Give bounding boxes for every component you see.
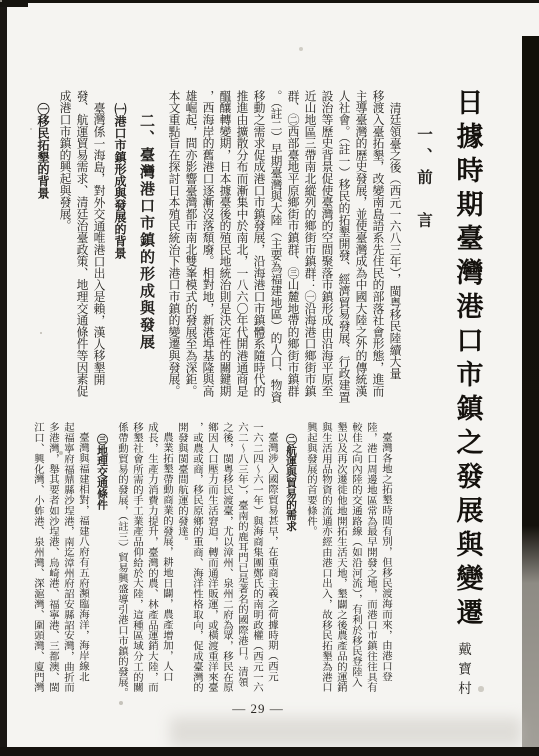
scanned-page: 一、前 言清廷領臺之後（西元一六八三年），閩粤移民陸續大量移渡入臺拓墾，改變南島… [0,0,539,756]
text-column: 近山地區三帶南北縱列的鄉街市鎮群：㊀沿海港口鄉街市鎮 [301,90,318,412]
text-column: 移墾社會所需的手工業產品仰給於大陸，這種區域分工的關 [129,422,144,704]
page-number: — 29 — [232,701,284,717]
text-column: 多港灣，舉其要者如沙埕港、烏崎港、福寧港、三都澳、閩 [45,422,60,704]
text-column: ，西海岸的舊港口逐漸沒落頹廢。相對地，新港埠基隆與高 [199,90,216,412]
text-column: 陸，港口周邊地區常為最早開發之地，而港口市鎮往往具有 [363,422,378,704]
section-heading: 二、臺灣港口市鎮的形成與發展 [135,90,157,412]
text-column: 設治等歷史背景促使臺灣的空間聚落市鎮形成由沿海平原至 [318,90,335,412]
preface-register: 一、前 言清廷領臺之後（西元一六八三年），閩粤移民陸續大量移渡入臺拓墾，改變南島… [30,90,435,412]
text-column: 一六二四～六一年）與海商集團鄭氏的南明政權（西元一六 [249,422,264,704]
text-column: 移動之需求促成港口市鎮發展，沿海港口市鎮體系隨時代的 [250,90,267,412]
text-column: 江口、興化灣、小蚱港、泉州灣、深滬灣、圍頭灣、廈門灣 [30,422,45,704]
text-column: 興起與發展的首要條件。 [303,422,318,704]
scan-noise [0,0,2,2]
text-column: 臺灣與福建相對，福建八府有五府瀕臨海洋，海岸線北 [75,422,90,704]
text-column: 鄉因人口壓力而生活窘迫，轉而通洋販運，或橫渡重洋來臺 [204,422,219,704]
text-column: 起福寧府福鼎縣沙埕港，南迄漳州府詔安縣詔安灣，曲折而 [60,422,75,704]
text-column: 較佳之向內陸的交通路線（如沿河流），有利於移民登陸入 [348,422,363,704]
scan-border-corner [0,0,28,7]
text-column: 之後，閩粤移民渡臺，尤以漳州、泉州二府為眾，移民在原 [219,422,234,704]
subsection-heading: ㊂地理交通條件 [94,422,110,704]
text-column: 墾以及再次遷徙他地開拓生活天地，墾闢之後農產品的運銷 [333,422,348,704]
text-column: 醞釀轉變期，日本據臺後的殖民地統治則是決定性的關鍵期 [216,90,233,412]
text-column: 六二～八三年），臺南的鹿耳門已是著名的國際港口。清領 [234,422,249,704]
scan-border-right [522,36,539,756]
text-column: 群、㊁西部臺地平原鄉街市鎮群、㊂山麓地帶的鄉街市鎮群 [284,90,301,412]
text-column: ，或農或商，移民原鄉的重商、海洋性格取向，促成臺灣的 [189,422,204,704]
text-column: 臺灣各地之拓墾時間有別，但移民渡海而來，由港口登 [378,422,393,704]
title-column: 日據時期臺灣港口市鎮之發展與變遷 戴寶村 [426,10,510,726]
text-column: 本文重點旨在探討日本殖民統治下港口市鎮的變遷與發展。 [165,90,182,412]
text-column: 農業拓墾帶動商業的發展，耕地日闢，農產增加，人口 [159,422,174,704]
scan-border-bottom [0,747,539,756]
text-column: 主導臺灣的歷史發展，並使臺灣成為中國大陸之外的傳統漢 [352,90,369,412]
article-title: 日據時期臺灣港口市鎮之發展與變遷 [449,88,488,632]
text-column: 推進由擴散分布而漸集中於南北，一八六〇年代開港通商是 [233,90,250,412]
subsection-heading: ㊁航運與貿易的需求 [283,422,299,704]
text-column: 發、航運貿易需求、清廷治臺政策、地理交通條件等因素促 [73,90,90,412]
subsection-heading: ㊀移民拓墾的背景 [34,90,52,412]
text-column: 開發與閩臺間航運的發達。 [174,422,189,704]
article-author: 戴寶村 [453,642,473,701]
scan-border-top [0,0,539,3]
text-column: 臺灣係一海島，對外交通唯港口出入是賴，漢人移墾開 [90,90,107,412]
text-column: 雄崛起，間亦影響臺灣都市南北雙峯模式的發展至為深鉅。 [182,90,199,412]
article-body: 一、前 言清廷領臺之後（西元一六八三年），閩粤移民陸續大量移渡入臺拓墾，改變南島… [30,10,426,726]
development-register: 臺灣各地之拓墾時間有別，但移民渡海而來，由港口登陸，港口周邊地區常為最早開發之地… [30,422,393,704]
text-column: 。（註二）早期臺灣與大陸（主要為福建地區）的人口、物資 [267,90,284,412]
text-column: 臺灣涉入國際貿易甚早，在重商主義之荷據時期（西元 [264,422,279,704]
subsection-heading: ㈠港口市鎮形成與發展的背景 [111,90,129,412]
text-column: 移渡入臺拓墾，改變南島語系先住民的部落社會形態，進而 [369,90,386,412]
text-column: 人社會。（註一）移民的拓墾開發、經濟貿易發展、行政建置 [335,90,352,412]
text-column: 成港口市鎮的興起與發展。 [56,90,73,412]
page-content: 一、前 言清廷領臺之後（西元一六八三年），閩粤移民陸續大量移渡入臺拓墾，改變南島… [30,10,510,726]
text-column: 清廷領臺之後（西元一六八三年），閩粤移民陸續大量 [386,90,403,412]
text-column: 係帶動貿易的發展，（註三）貿易興盛導引港口市鎮的發展。 [114,422,129,704]
scan-border-left [0,7,7,756]
text-column: 與生活用品物資的流通亦經由港口出入，故移民拓墾為港口 [318,422,333,704]
text-column: 成長，生產力消費力提升，臺灣的農、林產品運銷大陸，而 [144,422,159,704]
